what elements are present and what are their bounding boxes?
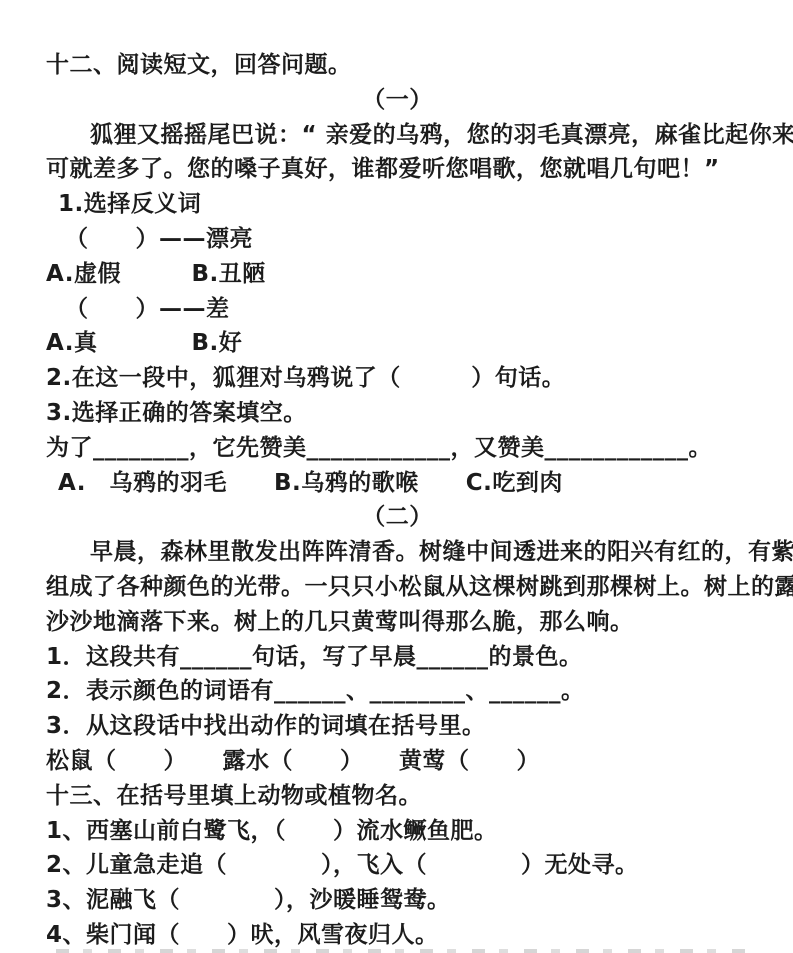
p1-q1-blank-cha: （ ）——差 bbox=[46, 292, 749, 327]
p2-q2-color-words: 2．表示颜色的词语有______、________、______。 bbox=[46, 674, 749, 709]
section-13-heading: 十三、在括号里填上动物或植物名。 bbox=[46, 779, 749, 814]
p1-q1-blank-piaoliang: （ ）——漂亮 bbox=[46, 222, 749, 257]
cut-off-next-line bbox=[56, 949, 749, 953]
p1-q3-options-abc: A. 乌鸦的羽毛 B.乌鸦的歌喉 C.吃到肉 bbox=[46, 466, 749, 501]
p1-q1-heading: 1.选择反义词 bbox=[46, 187, 749, 222]
p1-q2-sentence-count: 2.在这一段中，狐狸对乌鸦说了（ ）句话。 bbox=[46, 361, 749, 396]
passage-1-line-2: 可就差多了。您的嗓子真好，谁都爱听您唱歌，您就唱几句吧！” bbox=[46, 152, 749, 187]
worksheet-page: 十二、阅读短文，回答问题。 （一） 狐狸又摇摇尾巴说：“ 亲爱的乌鸦，您的羽毛真… bbox=[0, 0, 793, 953]
p1-q3-heading: 3.选择正确的答案填空。 bbox=[46, 396, 749, 431]
passage-2-line-3: 沙沙地滴落下来。树上的几只黄莺叫得那么脆，那么响。 bbox=[46, 605, 749, 640]
s13-item-4: 4、柴门闻（ ）吠，风雪夜归人。 bbox=[46, 918, 749, 953]
section-12-heading: 十二、阅读短文，回答问题。 bbox=[46, 48, 749, 83]
s13-item-3: 3、泥融飞（ ），沙暖睡鸳鸯。 bbox=[46, 883, 749, 918]
p2-q3-heading: 3．从这段话中找出动作的词填在括号里。 bbox=[46, 709, 749, 744]
p2-q1-sentence-count: 1．这段共有______句话，写了早晨______的景色。 bbox=[46, 640, 749, 675]
passage-1-title: （一） bbox=[46, 83, 749, 118]
passage-2-line-2: 组成了各种颜色的光带。一只只小松鼠从这棵树跳到那棵树上。树上的露水 bbox=[46, 570, 749, 605]
worksheet-content: 十二、阅读短文，回答问题。 （一） 狐狸又摇摇尾巴说：“ 亲爱的乌鸦，您的羽毛真… bbox=[46, 48, 749, 953]
p1-q3-fill-blanks: 为了________，它先赞美____________，又赞美_________… bbox=[46, 431, 749, 466]
p2-q3-bracket-row: 松鼠（ ） 露水（ ） 黄莺（ ） bbox=[46, 744, 749, 779]
s13-item-1: 1、西塞山前白鹭飞，（ ）流水鳜鱼肥。 bbox=[46, 814, 749, 849]
passage-2-line-1: 早晨，森林里散发出阵阵清香。树缝中间透进来的阳兴有红的，有紫的， bbox=[46, 535, 749, 570]
passage-2-title: （二） bbox=[46, 500, 749, 535]
p1-q1-options-1: A.虚假 B.丑陋 bbox=[46, 257, 749, 292]
s13-item-2: 2、儿童急走追（ ），飞入（ ）无处寻。 bbox=[46, 848, 749, 883]
p1-q1-options-2: A.真 B.好 bbox=[46, 326, 749, 361]
passage-1-line-1: 狐狸又摇摇尾巴说：“ 亲爱的乌鸦，您的羽毛真漂亮，麻雀比起你来， bbox=[46, 118, 749, 153]
